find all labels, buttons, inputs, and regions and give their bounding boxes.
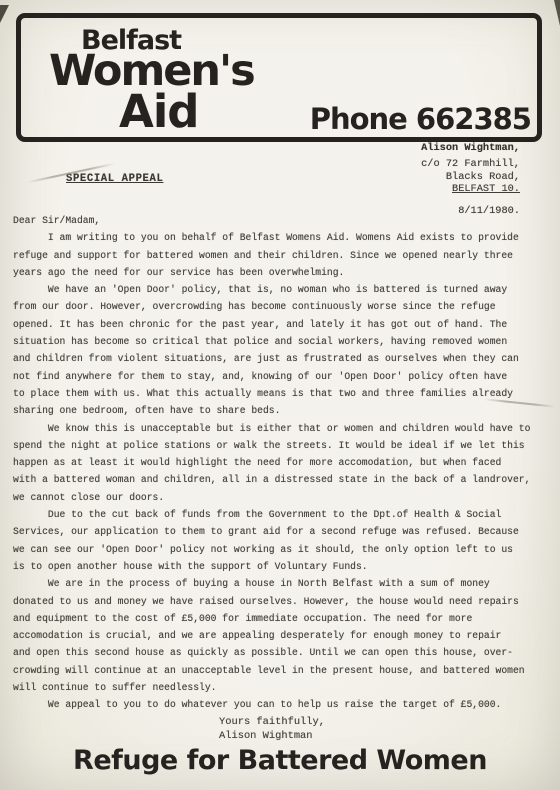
scan-corner-artifact [554, 0, 560, 26]
scanned-letter-page: Belfast Women's Aid Phone 662385 Alison … [0, 0, 560, 790]
letter-body: Dear Sir/Madam, I am writing to you on b… [13, 212, 549, 714]
sender-name: Alison Wightman, [421, 142, 520, 154]
valediction: Yours faithfully, [219, 716, 325, 730]
sender-address-block: Alison Wightman, c/o 72 Farmhill, Blacks… [421, 142, 520, 217]
address-line: Blacks Road, [421, 171, 520, 183]
subject-heading: SPECIAL APPEAL [66, 173, 163, 185]
letter-paragraph: I am writing to you on behalf of Belfast… [13, 229, 549, 281]
logo-text-aid: Aid [119, 89, 198, 134]
scan-corner-artifact [0, 5, 9, 23]
letterhead-logo-box: Belfast Women's Aid Phone 662385 [16, 13, 542, 142]
closing-block: Yours faithfully, Alison Wightman [219, 716, 325, 743]
letter-paragraph: Due to the cut back of funds from the Go… [13, 506, 549, 575]
letter-paragraph: We have an 'Open Door' policy, that is, … [13, 281, 549, 419]
signature-name: Alison Wightman [219, 730, 325, 744]
letter-paragraph: We know this is unacceptable but is eith… [13, 420, 549, 506]
letter-paragraph: We appeal to you to do whatever you can … [13, 696, 549, 713]
address-line: c/o 72 Farmhill, [421, 158, 520, 170]
footer-tagline: Refuge for Battered Women [0, 747, 560, 774]
address-city: BELFAST 10. [421, 183, 520, 195]
letter-paragraph: We are in the process of buying a house … [13, 575, 549, 696]
salutation: Dear Sir/Madam, [13, 212, 549, 229]
logo-phone-number: Phone 662385 [310, 105, 531, 134]
